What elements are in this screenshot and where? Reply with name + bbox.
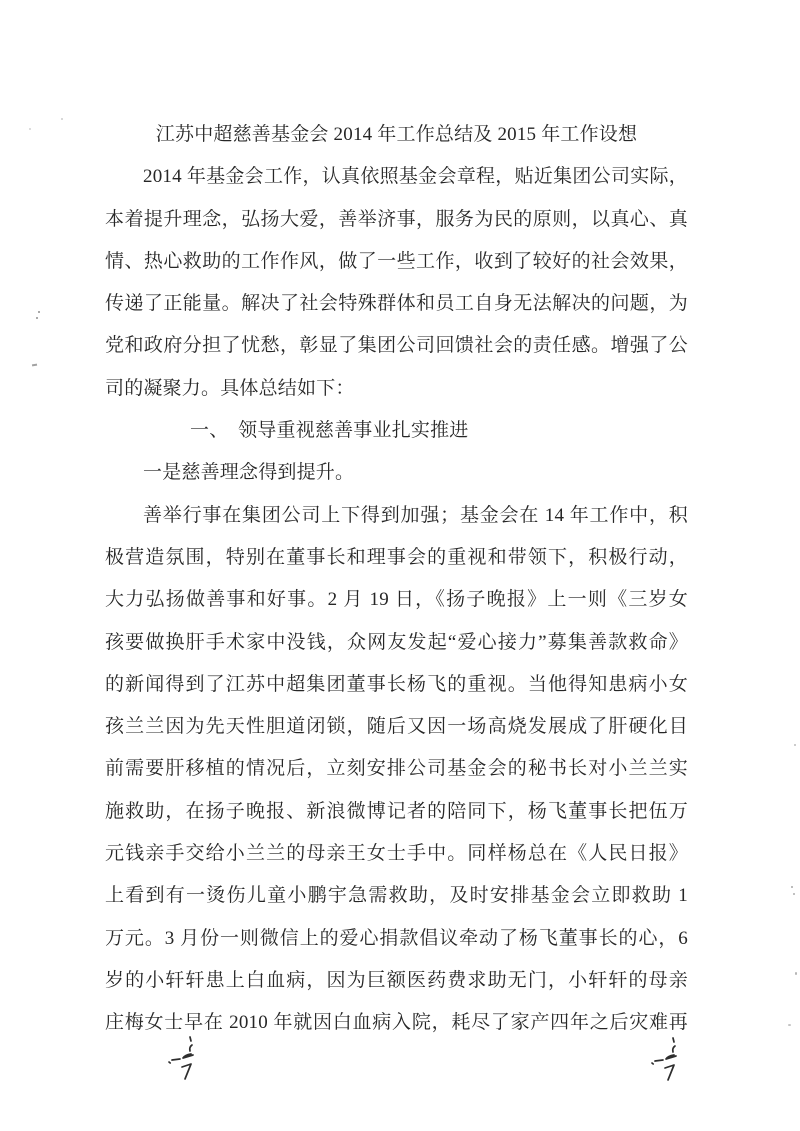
scan-speck	[788, 1024, 791, 1026]
scan-speck	[794, 744, 796, 746]
scan-speck	[791, 886, 793, 888]
scan-speck	[32, 364, 37, 366]
text-line: 前需要肝移植的情况后，立刻安排公司基金会的秘书长对小兰兰实	[105, 748, 688, 790]
scan-speck	[795, 972, 797, 975]
text-line: 万元。3 月份一则微信上的爱心捐款倡议牵动了杨飞董事长的心，6	[105, 918, 688, 960]
text-line: 大力弘扬做善事和好事。2 月 19 日，《扬子晚报》上一则《三岁女	[105, 579, 688, 621]
text-line: 2014 年基金会工作，认真依照基金会章程，贴近集团公司实际，	[105, 156, 688, 198]
document-title: 江苏中超慈善基金会 2014 年工作总结及 2015 年工作设想	[105, 114, 688, 156]
text-line: 孩兰兰因为先天性胆道闭锁，随后又因一场高烧发展成了肝硬化目	[105, 706, 688, 748]
text-line: 党和政府分担了忧愁，彰显了集团公司回馈社会的责任感。增强了公	[105, 325, 688, 367]
text-line: 传递了正能量。解决了社会特殊群体和员工自身无法解决的问题，为	[105, 283, 688, 325]
text-line: 孩要做换肝手术家中没钱，众网友发起“爱心接力”募集善款救命》	[105, 622, 688, 664]
text-line: 施救助，在扬子晚报、新浪微博记者的陪同下，杨飞董事长把伍万	[105, 791, 688, 833]
handwritten-mark-right	[650, 1036, 684, 1084]
text-line: 司的凝聚力。具体总结如下：	[105, 368, 688, 410]
scan-speck	[29, 128, 31, 130]
scan-speck	[38, 311, 40, 313]
text-line: 一、 领导重视慈善事业扎实推进	[105, 410, 688, 452]
scan-speck	[61, 118, 63, 120]
scan-speck	[36, 317, 38, 319]
scan-speck	[793, 893, 795, 895]
text-line: 本着提升理念，弘扬大爱，善举济事，服务为民的原则，以真心、真	[105, 199, 688, 241]
text-line: 一是慈善理念得到提升。	[105, 452, 688, 494]
text-line: 的新闻得到了江苏中超集团董事长杨飞的重视。当他得知患病小女	[105, 664, 688, 706]
text-line: 善举行事在集团公司上下得到加强；基金会在 14 年工作中，积	[105, 495, 688, 537]
handwritten-mark-left	[168, 1034, 202, 1082]
text-block: 江苏中超慈善基金会 2014 年工作总结及 2015 年工作设想2014 年基金…	[105, 114, 688, 1045]
scanned-document-page: 江苏中超慈善基金会 2014 年工作总结及 2015 年工作设想2014 年基金…	[0, 0, 800, 1131]
text-line: 极营造氛围，特别在董事长和理事会的重视和带领下，积极行动，	[105, 537, 688, 579]
text-line: 元钱亲手交给小兰兰的母亲王女士手中。同样杨总在《人民日报》	[105, 833, 688, 875]
text-line: 情、热心救助的工作作风，做了一些工作，收到了较好的社会效果，	[105, 241, 688, 283]
text-line: 上看到有一烫伤儿童小鹏宇急需救助，及时安排基金会立即救助 1	[105, 875, 688, 917]
text-line: 岁的小轩轩患上白血病，因为巨额医药费求助无门，小轩轩的母亲	[105, 960, 688, 1002]
